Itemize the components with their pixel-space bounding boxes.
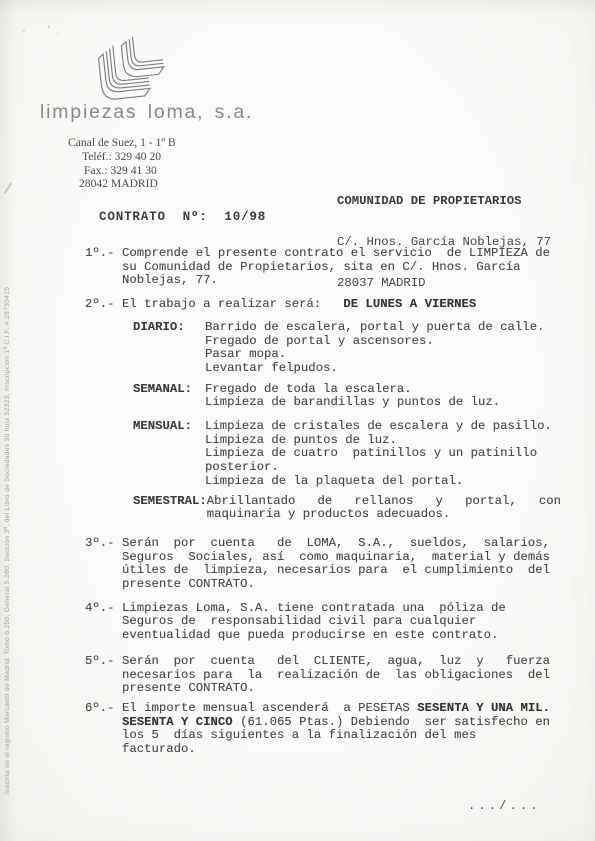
clause-3-text: Serán por cuenta de LOMA, S.A., sueldos,…	[122, 537, 550, 592]
clause-6-text: El importe mensual ascenderá a PESETAS S…	[122, 702, 550, 757]
schedule-tasks-diario: Barrido de escalera, portal y puerta de …	[205, 321, 544, 376]
contract-number-title: CONTRATO Nº: 10/98	[99, 210, 266, 224]
clause-6-intro: El importe mensual ascenderá a PESETAS	[122, 701, 417, 715]
schedule-row-mensual: MENSUAL: Limpieza de cristales de escale…	[133, 420, 571, 489]
clause-2: 2º.- El trabajo a realizar será: DE LUNE…	[85, 298, 571, 312]
schedule-row-semanal: SEMANAL: Fregado de toda la escalera. Li…	[133, 383, 571, 410]
clause-5-number: 5º.-	[85, 655, 122, 696]
clause-5: 5º.- Serán por cuenta del CLIENTE, agua,…	[85, 655, 571, 696]
page-continuation-mark: .../...	[468, 799, 541, 813]
contract-page: – ' . Inscrita en el registro Mercantil …	[0, 0, 595, 841]
clause-5-text: Serán por cuenta del CLIENTE, agua, luz …	[122, 655, 550, 696]
clause-4: 4º.- Limpiezas Loma, S.A. tiene contrata…	[85, 602, 571, 643]
schedule-tasks-mensual: Limpieza de cristales de escalera y de p…	[205, 420, 552, 489]
scan-artifact: '	[46, 25, 51, 35]
schedule-label-diario: DIARIO:	[133, 321, 205, 376]
schedule-row-diario: DIARIO: Barrido de escalera, portal y pu…	[133, 321, 571, 376]
clause-1-number: 1º.-	[85, 247, 122, 288]
registry-side-note: Inscrita en el registro Mercantil de Mad…	[4, 282, 11, 794]
contract-body: 1º.- Comprende el presente contrato el s…	[85, 247, 571, 757]
company-address-block: Canal de Suez, 1 - 1º B Teléf.: 329 40 2…	[68, 136, 176, 191]
company-fax: Fax.: 329 41 30	[84, 164, 176, 178]
company-address-line: Canal de Suez, 1 - 1º B	[68, 136, 176, 150]
company-phone: Teléf.: 329 40 20	[82, 150, 176, 164]
schedule-label-semanal: SEMANAL:	[133, 383, 205, 410]
schedule-label-mensual: MENSUAL:	[133, 420, 205, 489]
clause-4-number: 4º.-	[85, 602, 122, 643]
clause-6-number: 6º.-	[85, 702, 122, 757]
clause-2-number: 2º.-	[85, 298, 122, 312]
clause-2-intro: El trabajo a realizar será:	[122, 297, 343, 311]
schedule-days-text: DE LUNES A VIERNES	[343, 297, 476, 311]
schedule-row-semestral: SEMESTRAL: Abrillantado de rellanos y po…	[133, 495, 571, 522]
company-name: limpiezas loma, s.a.	[40, 101, 253, 124]
schedule-label-semestral: SEMESTRAL:	[133, 495, 207, 522]
company-city: 28042 MADRID	[79, 177, 176, 191]
company-logo-double-l-icon	[78, 34, 170, 108]
clause-1: 1º.- Comprende el presente contrato el s…	[85, 247, 571, 288]
clause-6: 6º.- El importe mensual ascenderá a PESE…	[85, 702, 571, 757]
clause-3-number: 3º.-	[85, 537, 122, 592]
recipient-name: COMUNIDAD DE PROPIETARIOS	[337, 195, 551, 209]
scan-artifact: –	[21, 26, 26, 36]
clause-1-text: Comprende el presente contrato el servic…	[122, 247, 550, 288]
clause-2-text: El trabajo a realizar será: DE LUNES A V…	[122, 298, 476, 312]
scan-artifact: .	[56, 29, 60, 37]
schedule-tasks-semanal: Fregado de toda la escalera. Limpieza de…	[205, 383, 500, 410]
schedule-tasks-semestral: Abrillantado de rellanos y portal, con m…	[207, 495, 561, 522]
clause-4-text: Limpiezas Loma, S.A. tiene contratada un…	[122, 602, 506, 643]
scan-artifact	[4, 183, 12, 194]
clause-3: 3º.- Serán por cuenta de LOMA, S.A., sue…	[85, 537, 571, 592]
